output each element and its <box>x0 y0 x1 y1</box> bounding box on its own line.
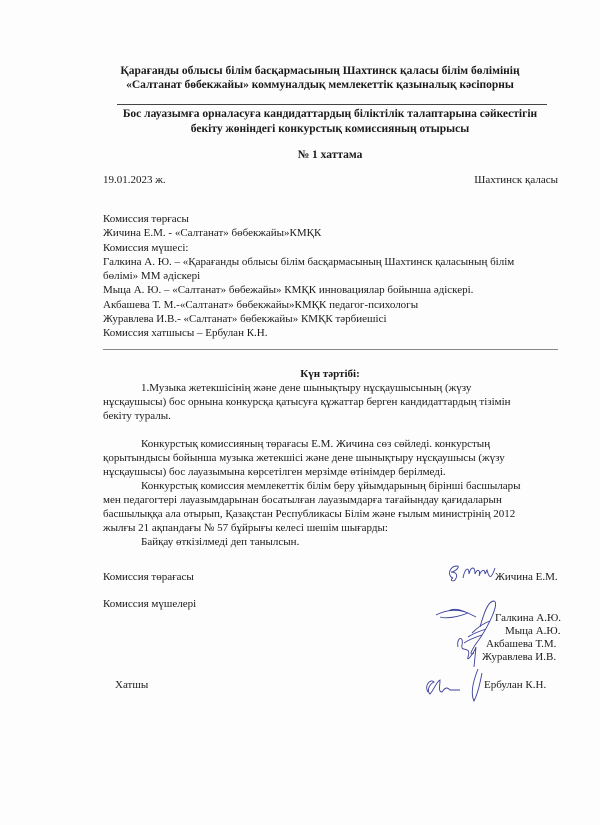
secretary-signature-icon <box>420 672 465 702</box>
meeting-city: Шахтинск қаласы <box>474 173 558 187</box>
secretary-name: Ербулан К.Н. <box>484 678 546 692</box>
chair-signature-icon <box>445 560 500 586</box>
decision-line: Байқау өткізілмеді деп танылсын. <box>141 535 299 549</box>
chair-name: Жичина Е.М. <box>495 570 558 584</box>
commission-line: бөлімі» ММ әдіскері <box>103 269 514 283</box>
secretary-label: Хатшы <box>115 678 148 692</box>
commission-line: Комиссия төрғасы <box>103 212 514 226</box>
chair-label: Комиссия төрағасы <box>103 570 194 584</box>
commission-line: Комиссия хатшысы – Ербулан К.Н. <box>103 326 514 340</box>
commission-line: Комиссия мүшесі: <box>103 241 514 255</box>
commission-line: Галкина А. Ю. – «Қарағанды облысы білім … <box>103 255 514 269</box>
protocol-number: № 1 хаттама <box>0 148 600 162</box>
section-divider <box>103 349 558 350</box>
commission-line: Акбашева Т. М.-«Салтанат» бөбекжайы»КМҚК… <box>103 298 514 312</box>
proceedings-line: жылғы 21 ақпандағы № 57 бұйрығы келесі ш… <box>103 521 388 535</box>
commission-line: Журавлева И.В.- «Салтанат» бөбекжайы» КМ… <box>103 312 514 326</box>
org-line-1: Қарағанды облысы білім басқармасының Шах… <box>0 64 600 78</box>
agenda-item-line: нұсқаушысы) бос орнына конкурсқа қатысуғ… <box>103 395 511 409</box>
proceedings-line: Конкурстық комиссия мемлекеттік білім бе… <box>141 479 521 493</box>
agenda-item-line: 1.Музыка жетекшісінің және дене шынықтыр… <box>141 381 471 395</box>
proceedings-line: мен педагогтері лауазымдарынан босатылға… <box>103 493 502 507</box>
commission-list: Комиссия төрғасы Жичина Е.М. - «Салтанат… <box>103 212 514 341</box>
commission-line: Мыца А. Ю. – «Салтанат» бөбежайы» КМҚК и… <box>103 283 514 297</box>
proceedings-line: басшылыққа ала отырып, Қазақстан Республ… <box>103 507 515 521</box>
agenda-item-line: бекіту туралы. <box>103 409 171 423</box>
members-label: Комиссия мүшелері <box>103 597 196 611</box>
title-line-1: Бос лауазымға орналасуға кандидаттардың … <box>0 107 600 121</box>
proceedings-line: нұсқаушысы) бос лауазымына көрсетілген м… <box>103 465 446 479</box>
meeting-date: 19.01.2023 ж. <box>103 173 166 187</box>
org-line-2: «Салтанат бөбекжайы» коммуналдық мемлеке… <box>0 78 600 92</box>
title-line-2: бекіту жөніндегі конкурстық комиссияның … <box>0 122 600 136</box>
proceedings-line: қорытындысы бойынша музыка жетекшісі жән… <box>103 451 505 465</box>
proceedings-line: Конкурстық комиссияның төрағасы Е.М. Жич… <box>141 437 490 451</box>
agenda-heading: Күн тәртібі: <box>0 367 600 381</box>
header-divider <box>117 104 547 105</box>
document-page: Қарағанды облысы білім басқармасының Шах… <box>0 0 600 825</box>
commission-line: Жичина Е.М. - «Салтанат» бөбекжайы»КМҚК <box>103 226 514 240</box>
